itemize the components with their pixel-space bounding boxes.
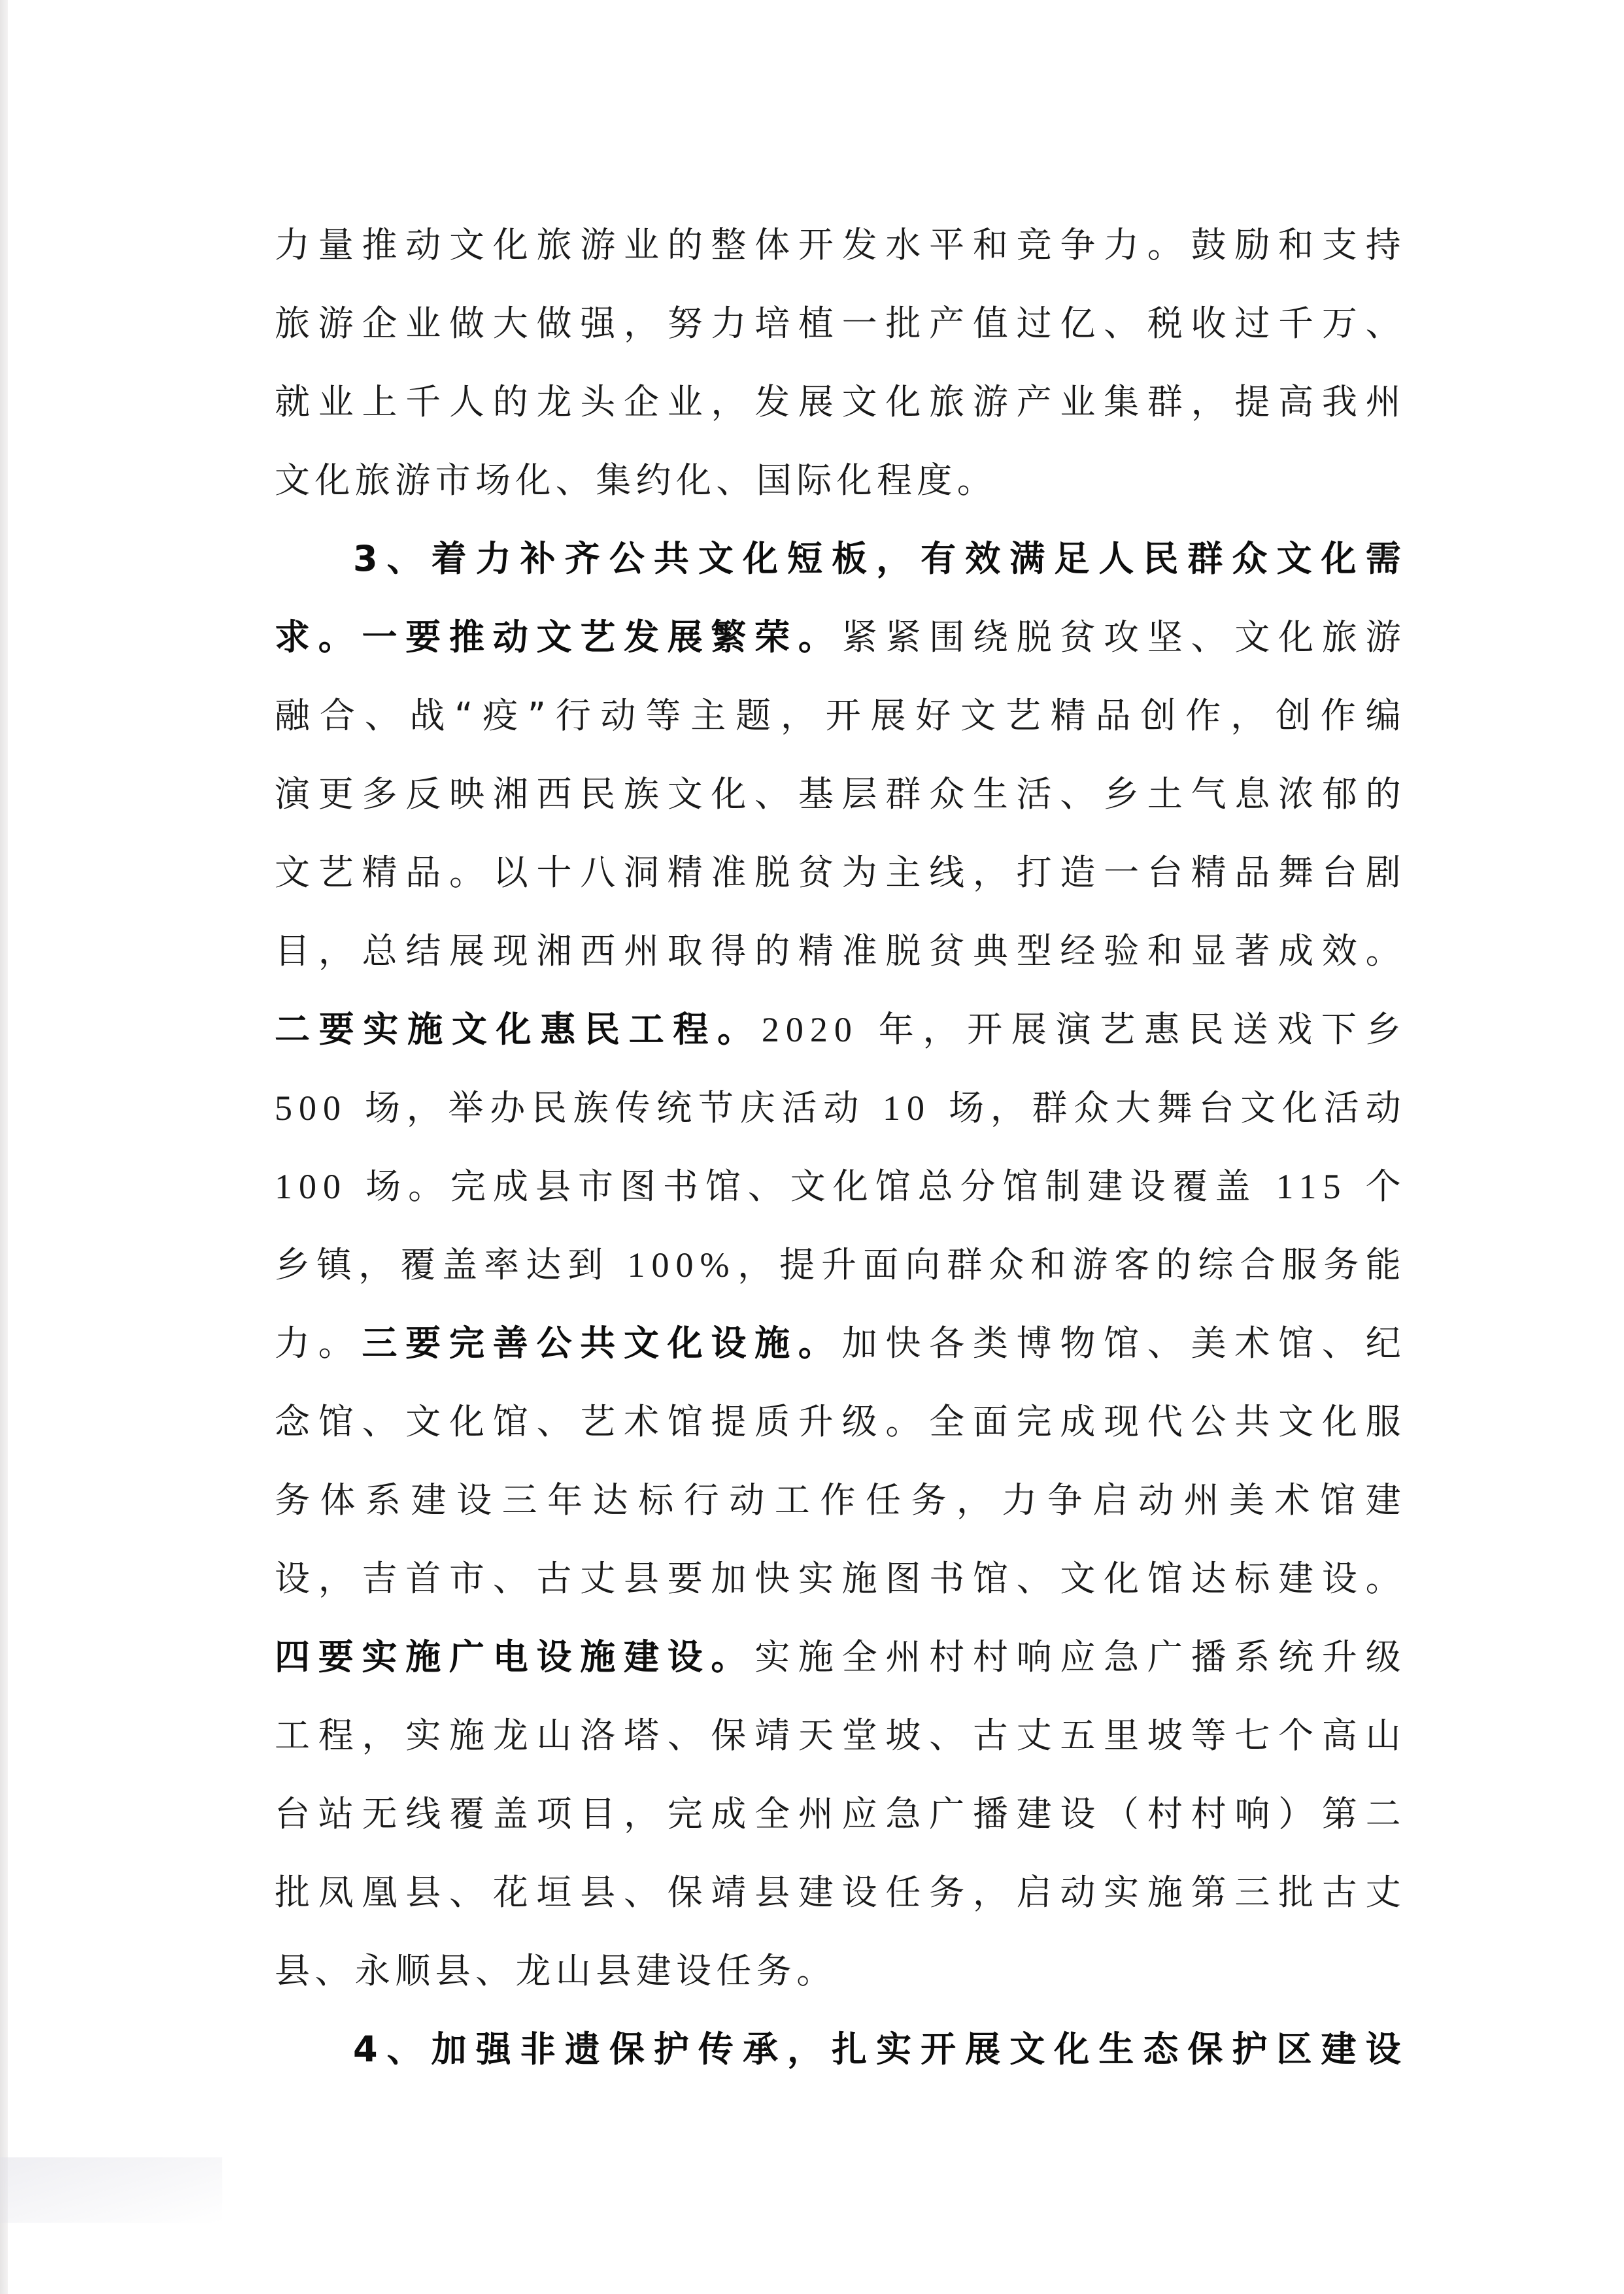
body-text: 演更多反映湘西民族文化、基层群众生活、乡土气息浓郁的: [275, 773, 1406, 815]
body-text: 场。完成县市图书馆、文化馆总分馆制建设覆盖: [347, 1166, 1276, 1207]
number-text: 100: [275, 1167, 347, 1206]
paragraph-line: 文化旅游市场化、集约化、国际化程度。: [275, 460, 1406, 501]
number-text: 10: [883, 1088, 931, 1128]
paragraph-line: 求。一要推动文艺发展繁荣。紧紧围绕脱贫攻坚、文化旅游: [275, 616, 1406, 658]
document-page: 力量推动文化旅游业的整体开发水平和竞争力。鼓励和支持旅游企业做大做强，努力培植一…: [0, 0, 1624, 2294]
bold-text: 四要实施广电设施建设。: [275, 1636, 754, 1678]
body-text: 乡镇，覆盖率达到: [275, 1244, 627, 1285]
body-text: 场，群众大舞台文化活动: [931, 1087, 1406, 1128]
paragraph-line: 务体系建设三年达标行动工作任务，力争启动州美术馆建: [275, 1479, 1406, 1521]
paragraph-line: 乡镇，覆盖率达到 100%，提升面向群众和游客的综合服务能: [275, 1244, 1406, 1286]
paragraph-line: 目，总结展现湘西州取得的精准脱贫典型经验和显著成效。: [275, 930, 1406, 972]
paragraph-line: 融合、战“疫”行动等主题，开展好文艺精品创作，创作编: [275, 695, 1406, 737]
body-text: 务体系建设三年达标行动工作任务，力争启动州美术馆建: [275, 1479, 1406, 1521]
number-text: 2020: [762, 1010, 858, 1049]
bold-text: 3、着力补齐公共文化短板，有效满足人民群众文化需: [353, 538, 1406, 579]
paragraph-line: 力。三要完善公共文化设施。加快各类博物馆、美术馆、纪: [275, 1323, 1406, 1364]
body-text: 念馆、文化馆、艺术馆提质升级。全面完成现代公共文化服: [275, 1401, 1406, 1442]
paragraph-line: 工程，实施龙山洛塔、保靖天堂坡、古丈五里坡等七个高山: [275, 1715, 1406, 1757]
number-text: 500: [275, 1088, 347, 1128]
body-text: 批凤凰县、花垣县、保靖县建设任务，启动实施第三批古丈: [275, 1872, 1406, 1913]
body-text: 设，吉首市、古丈县要加快实施图书馆、文化馆达标建设。: [275, 1558, 1406, 1599]
body-text: 就业上千人的龙头企业，发展文化旅游产业集群，提高我州: [275, 381, 1406, 422]
body-text: 工程，实施龙山洛塔、保靖天堂坡、古丈五里坡等七个高山: [275, 1715, 1406, 1756]
bold-text: 求。一要推动文艺发展繁荣。: [275, 616, 842, 658]
paragraph-line: 演更多反映湘西民族文化、基层群众生活、乡土气息浓郁的: [275, 773, 1406, 815]
section-heading-line: 4、加强非遗保护传承，扎实开展文化生态保护区建设: [353, 2029, 1406, 2070]
bold-text: 4、加强非遗保护传承，扎实开展文化生态保护区建设: [353, 2029, 1406, 2070]
body-text: 文艺精品。以十八洞精准脱贫为主线，打造一台精品舞台剧: [275, 852, 1406, 893]
paragraph-line: 500 场，举办民族传统节庆活动 10 场，群众大舞台文化活动: [275, 1087, 1406, 1129]
number-text: 100%: [627, 1245, 736, 1285]
body-text: 年，开展演艺惠民送戏下乡: [858, 1009, 1406, 1050]
body-text: 个: [1347, 1166, 1406, 1207]
paragraph-line: 县、永顺县、龙山县建设任务。: [275, 1950, 1406, 1992]
body-text: 文化旅游市场化、集约化、国际化程度。: [275, 460, 997, 501]
paragraph-line: 力量推动文化旅游业的整体开发水平和竞争力。鼓励和支持: [275, 224, 1406, 266]
body-text: 融合、战“疫”行动等主题，开展好文艺精品创作，创作编: [275, 695, 1406, 736]
body-text: 实施全州村村响应急广播系统升级: [754, 1636, 1406, 1678]
body-text: 力量推动文化旅游业的整体开发水平和竞争力。鼓励和支持: [275, 224, 1406, 265]
paragraph-line: 设，吉首市、古丈县要加快实施图书馆、文化馆达标建设。: [275, 1558, 1406, 1600]
body-text: 台站无线覆盖项目，完成全州应急广播建设（村村响）第二: [275, 1793, 1406, 1834]
paragraph-line: 念馆、文化馆、艺术馆提质升级。全面完成现代公共文化服: [275, 1401, 1406, 1443]
body-text: 旅游企业做大做强，努力培植一批产值过亿、税收过千万、: [275, 303, 1406, 344]
bold-text: 二要实施文化惠民工程。: [275, 1009, 762, 1050]
paragraph-line: 批凤凰县、花垣县、保靖县建设任务，启动实施第三批古丈: [275, 1872, 1406, 1914]
paragraph-line: 四要实施广电设施建设。实施全州村村响应急广播系统升级: [275, 1636, 1406, 1678]
paragraph-line: 文艺精品。以十八洞精准脱贫为主线，打造一台精品舞台剧: [275, 852, 1406, 894]
body-text: 加快各类博物馆、美术馆、纪: [842, 1323, 1406, 1364]
body-text: 场，举办民族传统节庆活动: [347, 1087, 883, 1128]
paragraph-line: 旅游企业做大做强，努力培植一批产值过亿、税收过千万、: [275, 303, 1406, 345]
body-text: 紧紧围绕脱贫攻坚、文化旅游: [842, 616, 1406, 658]
body-text: 力。: [275, 1323, 362, 1364]
section-heading-line: 3、着力补齐公共文化短板，有效满足人民群众文化需: [353, 538, 1406, 580]
bold-text: 三要完善公共文化设施。: [362, 1323, 842, 1364]
paragraph-line: 就业上千人的龙头企业，发展文化旅游产业集群，提高我州: [275, 381, 1406, 423]
paragraph-line: 台站无线覆盖项目，完成全州应急广播建设（村村响）第二: [275, 1793, 1406, 1835]
body-text: 县、永顺县、龙山县建设任务。: [275, 1950, 837, 1991]
body-text: ，提升面向群众和游客的综合服务能: [736, 1244, 1406, 1285]
paragraph-line: 二要实施文化惠民工程。2020 年，开展演艺惠民送戏下乡: [275, 1009, 1406, 1051]
body-text: 目，总结展现湘西州取得的精准脱贫典型经验和显著成效。: [275, 930, 1406, 971]
paragraph-line: 100 场。完成县市图书馆、文化馆总分馆制建设覆盖 115 个: [275, 1166, 1406, 1207]
number-text: 115: [1276, 1167, 1347, 1206]
